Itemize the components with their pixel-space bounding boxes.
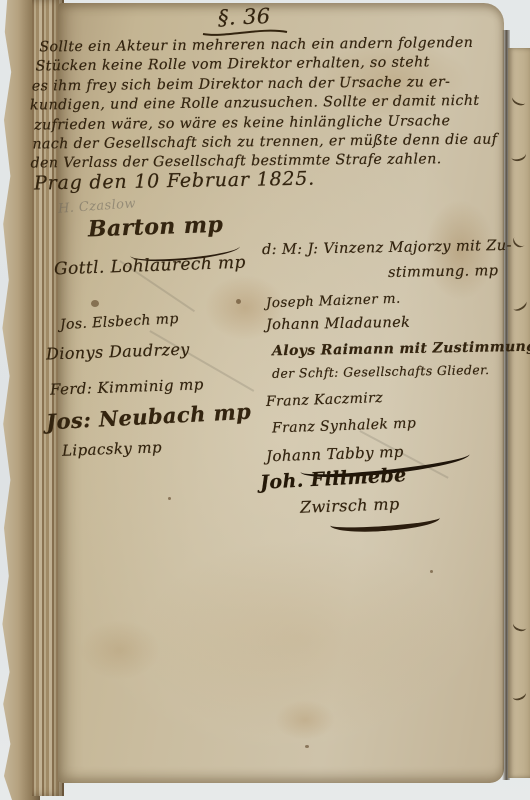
body-paragraph: Sollte ein Akteur in mehreren nach ein a…: [29, 34, 508, 175]
manuscript-photo: §. 36 Sollte ein Akteur in mehreren nach…: [0, 0, 530, 800]
signature: Barton mp: [88, 212, 224, 243]
ink-fleck: [168, 497, 171, 500]
signature: Lipacsky mp: [62, 438, 163, 459]
signature: stimmung. mp: [388, 263, 499, 281]
signature: Johann Mladaunek: [266, 315, 411, 334]
ink-fleck: [430, 570, 433, 573]
ink-fleck: [305, 745, 309, 748]
ink-fleck: [236, 299, 241, 304]
ink-fleck: [91, 300, 99, 307]
